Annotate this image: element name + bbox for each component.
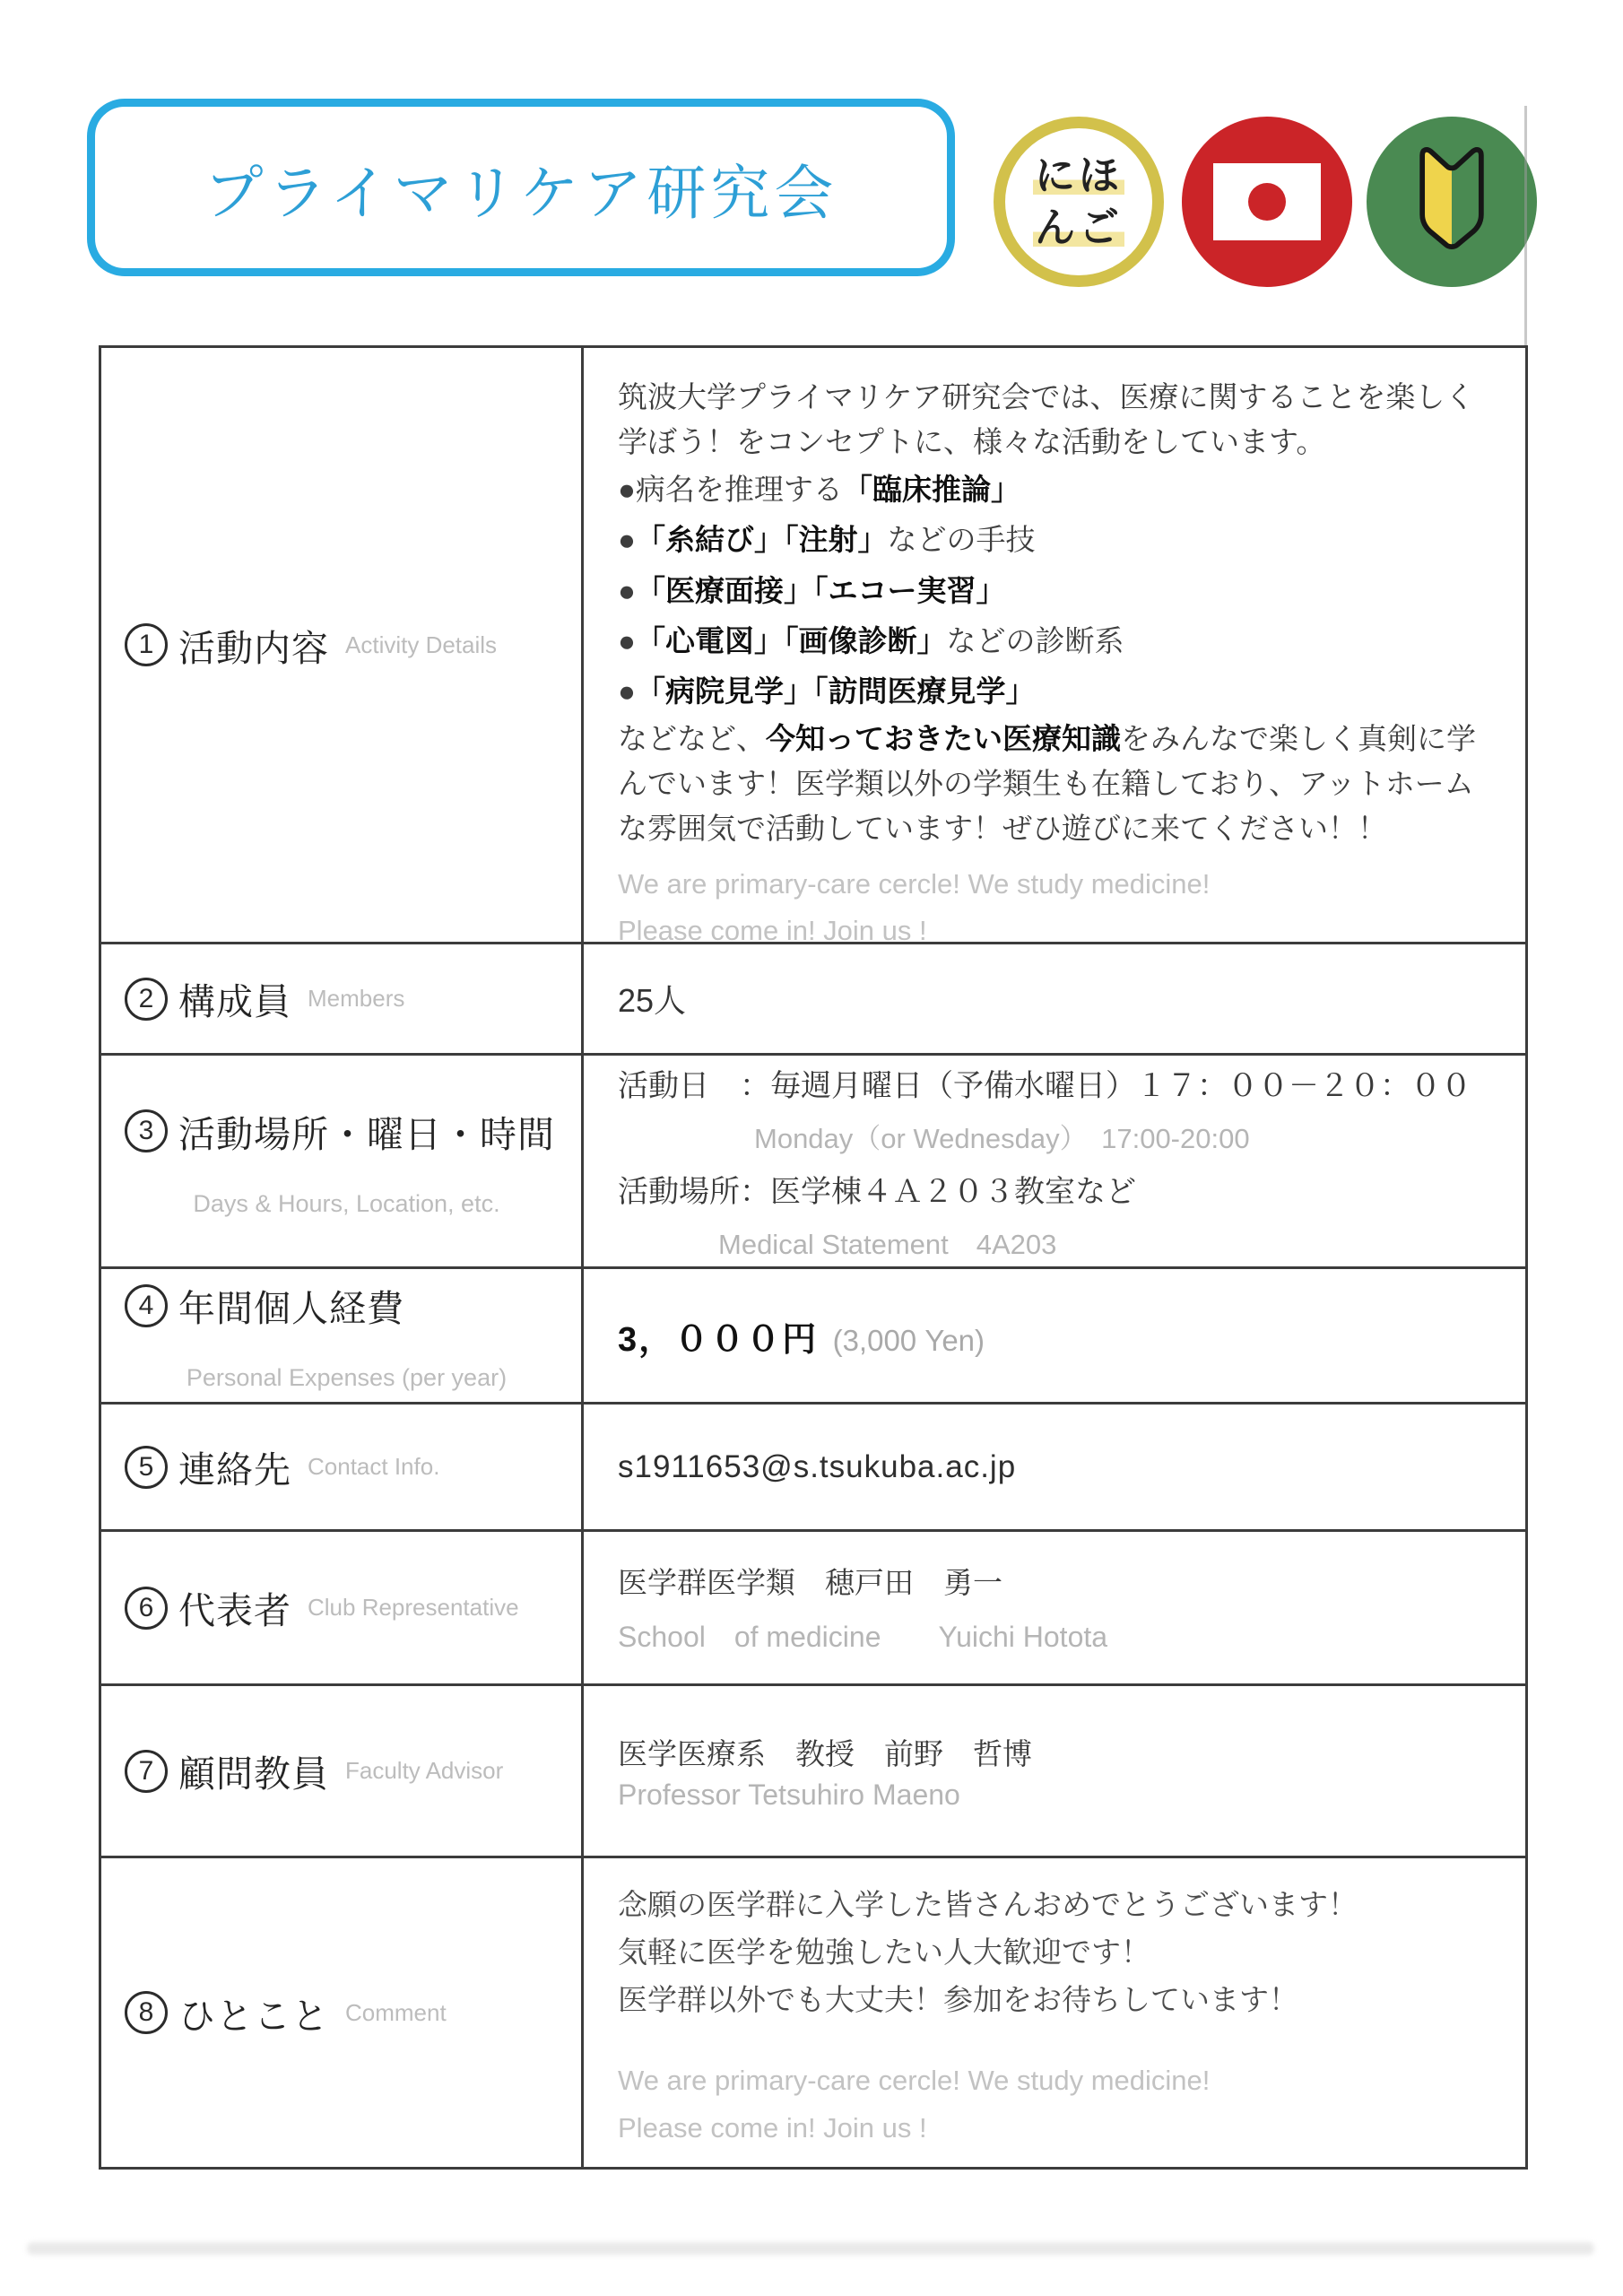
advisor-name-en: Professor Tetsuhiro Maeno <box>618 1779 1502 1812</box>
row-content: 3，０００円 (3,000 Yen) <box>584 1269 1525 1402</box>
row-number-badge: 5 <box>125 1446 168 1489</box>
row-number-badge: 3 <box>125 1109 168 1152</box>
japan-flag-disc <box>1248 183 1286 221</box>
row-label-en: Activity Details <box>345 631 497 659</box>
schedule-days-en: Monday（or Wednesday） 17:00-20:00 <box>618 1116 1502 1156</box>
club-title: プライマリケア研究会 <box>204 145 838 230</box>
table-row-comment: 8 ひとこと Comment 念願の医学群に入学した皆さんおめでとうございます！… <box>101 1858 1525 2167</box>
row-label-jp: 構成員 <box>178 972 291 1025</box>
table-row-advisor: 7 顧問教員 Faculty Advisor 医学医療系 教授 前野 哲博 Pr… <box>101 1686 1525 1858</box>
row-number-badge: 8 <box>125 1991 168 2034</box>
row-content: 医学医療系 教授 前野 哲博 Professor Tetsuhiro Maeno <box>584 1686 1525 1856</box>
row-label: 2 構成員 Members <box>101 944 584 1053</box>
row-number-badge: 1 <box>125 623 168 666</box>
row-content: s1911653@s.tsukuba.ac.jp <box>584 1405 1525 1529</box>
row-label-en: Faculty Advisor <box>345 1757 503 1785</box>
activity-bullet: ●「心電図」「画像診断」などの診断系 <box>618 619 1502 664</box>
comment-jp-line: 念願の医学群に入学した皆さんおめでとうございます！ <box>618 1882 1502 1929</box>
nihongo-line1: にほ <box>1033 152 1124 198</box>
expenses-amount-line: 3，０００円 (3,000 Yen) <box>618 1311 1502 1361</box>
activity-bullet: ●「病院見学」「訪問医療見学」 <box>618 669 1502 714</box>
representative-name-jp: 医学群医学類 穂戸田 勇一 <box>618 1560 1502 1602</box>
document-page: プライマリケア研究会 にほ んご 1 活動内容 Activity De <box>0 0 1623 2296</box>
row-label: 8 ひとこと Comment <box>101 1858 584 2167</box>
row-number-badge: 2 <box>125 978 168 1021</box>
row-number-badge: 6 <box>125 1587 168 1630</box>
japan-flag-icon <box>1182 117 1352 287</box>
advisor-name-jp: 医学医療系 教授 前野 哲博 <box>618 1731 1502 1773</box>
schedule-location-jp: 活動場所：医学棟４Ａ２０３教室など <box>618 1167 1502 1211</box>
nihongo-badge-icon: にほ んご <box>994 117 1164 287</box>
row-label-en: Members <box>308 985 404 1013</box>
club-title-box: プライマリケア研究会 <box>87 99 955 276</box>
row-content: 医学群医学類 穂戸田 勇一 School of medicine Yuichi … <box>584 1532 1525 1683</box>
activity-bullet: ●「医療面接」「エコー実習」 <box>618 569 1502 613</box>
table-row-schedule: 3 活動場所・曜日・時間 Days & Hours, Location, etc… <box>101 1056 1525 1269</box>
activity-english-note: We are primary-care cercle! We study med… <box>618 861 1502 955</box>
table-row-contact: 5 連絡先 Contact Info. s1911653@s.tsukuba.a… <box>101 1405 1525 1532</box>
row-label-en: Contact Info. <box>308 1453 439 1481</box>
row-label-jp: 活動内容 <box>178 619 329 672</box>
expenses-amount: 3，０００円 <box>618 1321 818 1359</box>
row-label-en: Days & Hours, Location, etc. <box>125 1190 568 1218</box>
row-label-jp: 活動場所・曜日・時間 <box>178 1105 555 1158</box>
table-row-expenses: 4 年間個人経費 Personal Expenses (per year) 3，… <box>101 1269 1525 1405</box>
row-content: 筑波大学プライマリケア研究会では、医療に関することを楽しく学ぼう！をコンセプトに… <box>584 348 1525 942</box>
schedule-days-jp: 活動日 ：毎週月曜日（予備水曜日）１７：００－２０：００ <box>618 1061 1502 1105</box>
row-label: 3 活動場所・曜日・時間 Days & Hours, Location, etc… <box>101 1056 584 1266</box>
comment-jp-line: 医学群以外でも大丈夫！参加をお待ちしています！ <box>618 1977 1502 2024</box>
beginner-mark-glyph <box>1410 144 1493 259</box>
activity-bullet: ●「糸結び」「注射」などの手技 <box>618 517 1502 562</box>
club-info-table: 1 活動内容 Activity Details 筑波大学プライマリケア研究会では… <box>99 345 1528 2170</box>
comment-english-note: We are primary-care cercle! We study med… <box>618 2057 1502 2152</box>
row-label-jp: 連絡先 <box>178 1440 291 1493</box>
activity-outro: などなど、今知っておきたい医療知識をみんなで楽しく真剣に学んでいます！医学類以外… <box>618 717 1502 851</box>
table-row-representative: 6 代表者 Club Representative 医学群医学類 穂戸田 勇一 … <box>101 1532 1525 1686</box>
comment-jp-line: 気軽に医学を勉強したい人大歓迎です！ <box>618 1929 1502 1977</box>
members-count: 25人 <box>618 976 1502 1022</box>
row-label: 7 顧問教員 Faculty Advisor <box>101 1686 584 1856</box>
expenses-amount-en: (3,000 Yen) <box>833 1324 985 1357</box>
table-row-activity: 1 活動内容 Activity Details 筑波大学プライマリケア研究会では… <box>101 348 1525 944</box>
row-label-jp: ひとこと <box>178 1987 329 2039</box>
row-label-jp: 顧問教員 <box>178 1744 329 1797</box>
table-row-members: 2 構成員 Members 25人 <box>101 944 1525 1056</box>
representative-name-en: School of medicine Yuichi Hotota <box>618 1614 1502 1656</box>
row-label-jp: 代表者 <box>178 1581 291 1634</box>
scan-smudge-artifact <box>27 2242 1594 2255</box>
activity-bullet: ●病名を推理する「臨床推論」 <box>618 467 1502 512</box>
row-label-en: Personal Expenses (per year) <box>125 1364 568 1392</box>
row-label-en: Club Representative <box>308 1594 519 1622</box>
row-content: 活動日 ：毎週月曜日（予備水曜日）１７：００－２０：００ Monday（or W… <box>584 1056 1525 1266</box>
row-content: 25人 <box>584 944 1525 1053</box>
activity-intro: 筑波大学プライマリケア研究会では、医療に関することを楽しく学ぼう！をコンセプトに… <box>618 375 1502 465</box>
japan-flag-rect <box>1213 163 1321 240</box>
beginner-mark-icon <box>1367 117 1537 287</box>
row-label: 6 代表者 Club Representative <box>101 1532 584 1683</box>
row-number-badge: 7 <box>125 1750 168 1793</box>
contact-email: s1911653@s.tsukuba.ac.jp <box>618 1449 1502 1485</box>
row-content: 念願の医学群に入学した皆さんおめでとうございます！ 気軽に医学を勉強したい人大歓… <box>584 1858 1525 2167</box>
row-label: 4 年間個人経費 Personal Expenses (per year) <box>101 1269 584 1402</box>
row-label-jp: 年間個人経費 <box>178 1279 404 1332</box>
scan-line-artifact <box>1524 106 1527 350</box>
schedule-location-en: Medical Statement 4A203 <box>618 1222 1502 1262</box>
nihongo-line2: んご <box>1033 204 1124 250</box>
row-label: 1 活動内容 Activity Details <box>101 348 584 942</box>
row-number-badge: 4 <box>125 1284 168 1327</box>
nihongo-badge-text: にほ んご <box>1033 150 1124 255</box>
row-label-en: Comment <box>345 1999 447 2027</box>
row-label: 5 連絡先 Contact Info. <box>101 1405 584 1529</box>
